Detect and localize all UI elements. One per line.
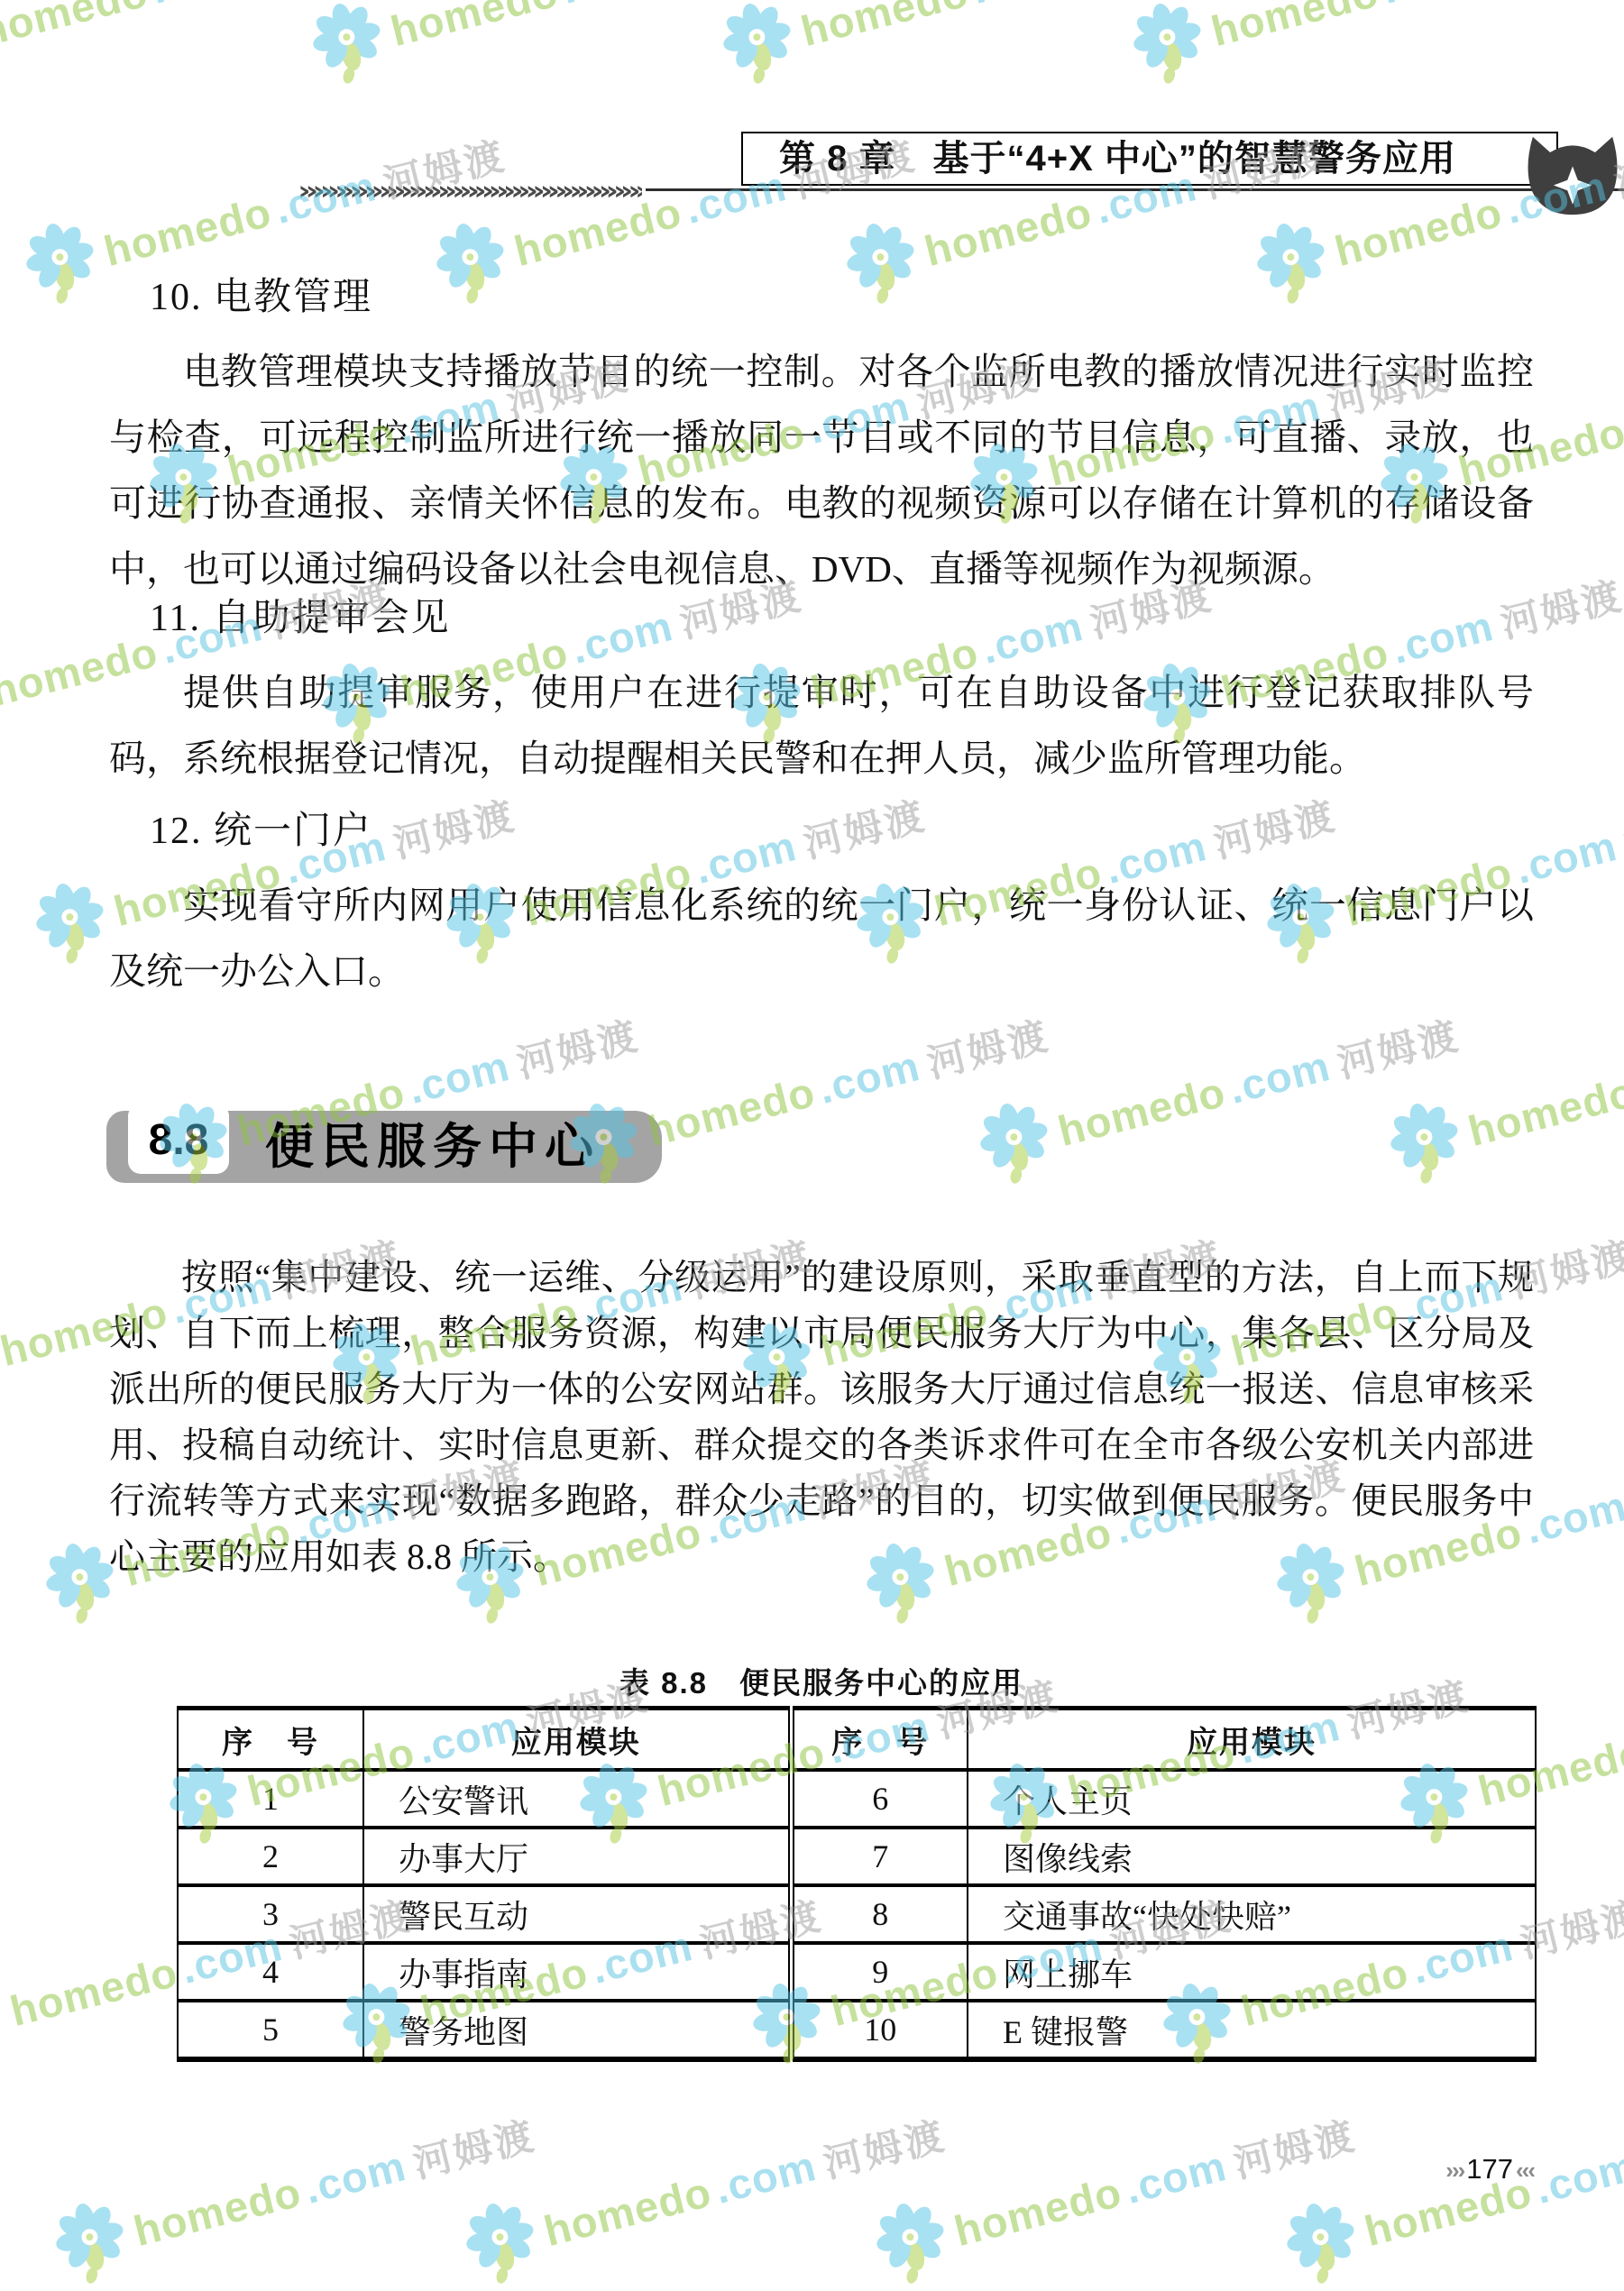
table-row: 2办事大厅7图像线索 <box>178 1828 1536 1885</box>
cell-serial-number: 6 <box>791 1770 968 1828</box>
chapter-title: 第 8 章 基于“4+X 中心”的智慧警务应用 <box>779 139 1456 179</box>
table-row: 3警民互动8交通事故“快处快赔” <box>178 1885 1536 1943</box>
cell-module-name: 公安警讯 <box>363 1770 791 1828</box>
page-number-footer: ›››177‹‹‹ <box>109 2153 1534 2186</box>
paragraph-dianjiao: 电教管理模块支持播放节目的统一控制。对各个监所电教的播放情况进行实时监控与检查，… <box>109 339 1534 602</box>
cell-serial-number: 3 <box>178 1885 363 1943</box>
document-page: »»»»»»»»»»»»»»»»»»»»»»»»»» 第 8 章 基于“4+X … <box>0 0 1624 2291</box>
table-header-row: 序 号 应用模块 序 号 应用模块 <box>178 1709 1536 1771</box>
table-caption: 表 8.8 便民服务中心的应用 <box>109 1660 1534 1702</box>
column-header-serial-left: 序 号 <box>178 1709 363 1771</box>
chapter-badge-icon <box>1520 132 1624 218</box>
subsection-heading-10: 10. 电教管理 <box>150 276 372 319</box>
page-number-left-marks: ››› <box>1445 2157 1463 2184</box>
cell-serial-number: 5 <box>178 2001 363 2059</box>
cell-module-name: 警民互动 <box>363 1885 791 1943</box>
paragraph-tishen: 提供自助提审服务，使用户在进行提审时，可在自助设备中进行登记获取排队号码，系统根… <box>109 660 1534 792</box>
cell-serial-number: 9 <box>791 1943 968 2001</box>
cell-module-name: 警务地图 <box>363 2001 791 2059</box>
cell-module-name: E 键报警 <box>968 2001 1536 2059</box>
section-8-8-banner: 8.8 便民服务中心 <box>106 1111 662 1183</box>
section-number-box: 8.8 <box>128 1104 229 1174</box>
cell-module-name: 交通事故“快处快赔” <box>968 1885 1536 1943</box>
table-row: 1公安警讯6个人主页 <box>178 1770 1536 1828</box>
cell-serial-number: 8 <box>791 1885 968 1943</box>
cell-serial-number: 2 <box>178 1828 363 1885</box>
section-title: 便民服务中心 <box>265 1111 601 1183</box>
chevron-strip-decoration: »»»»»»»»»»»»»»»»»»»»»»»»»» <box>298 177 642 208</box>
page-number-right-marks: ‹‹‹ <box>1516 2157 1534 2184</box>
chapter-title-box: 第 8 章 基于“4+X 中心”的智慧警务应用 <box>741 132 1558 186</box>
cell-serial-number: 4 <box>178 1943 363 2001</box>
cell-serial-number: 1 <box>178 1770 363 1828</box>
column-header-module-right: 应用模块 <box>968 1709 1536 1771</box>
paragraph-bianmin: 按照“集中建设、统一运维、分级运用”的建设原则，采取垂直型的方法，自上而下规划、… <box>109 1250 1534 1585</box>
page-number: 177 <box>1463 2153 1516 2185</box>
table-row: 4办事指南9网上挪车 <box>178 1943 1536 2001</box>
cell-serial-number: 7 <box>791 1828 968 1885</box>
subsection-heading-12: 12. 统一门户 <box>150 810 372 853</box>
column-header-module-left: 应用模块 <box>363 1709 791 1771</box>
applications-table: 序 号 应用模块 序 号 应用模块 1公安警讯6个人主页2办事大厅7图像线索3警… <box>177 1706 1537 2062</box>
cell-module-name: 办事指南 <box>363 1943 791 2001</box>
section-number: 8.8 <box>149 1116 209 1164</box>
cell-module-name: 网上挪车 <box>968 1943 1536 2001</box>
header-rule <box>646 188 1624 191</box>
cell-module-name: 个人主页 <box>968 1770 1536 1828</box>
cell-serial-number: 10 <box>791 2001 968 2059</box>
column-header-serial-right: 序 号 <box>791 1709 968 1771</box>
paragraph-menhu: 实现看守所内网用户使用信息化系统的统一门户，统一身份认证、统一信息门户以及统一办… <box>109 873 1534 1004</box>
cell-module-name: 图像线索 <box>968 1828 1536 1885</box>
table-row: 5警务地图10E 键报警 <box>178 2001 1536 2059</box>
subsection-heading-11: 11. 自助提审会见 <box>150 597 450 640</box>
cell-module-name: 办事大厅 <box>363 1828 791 1885</box>
